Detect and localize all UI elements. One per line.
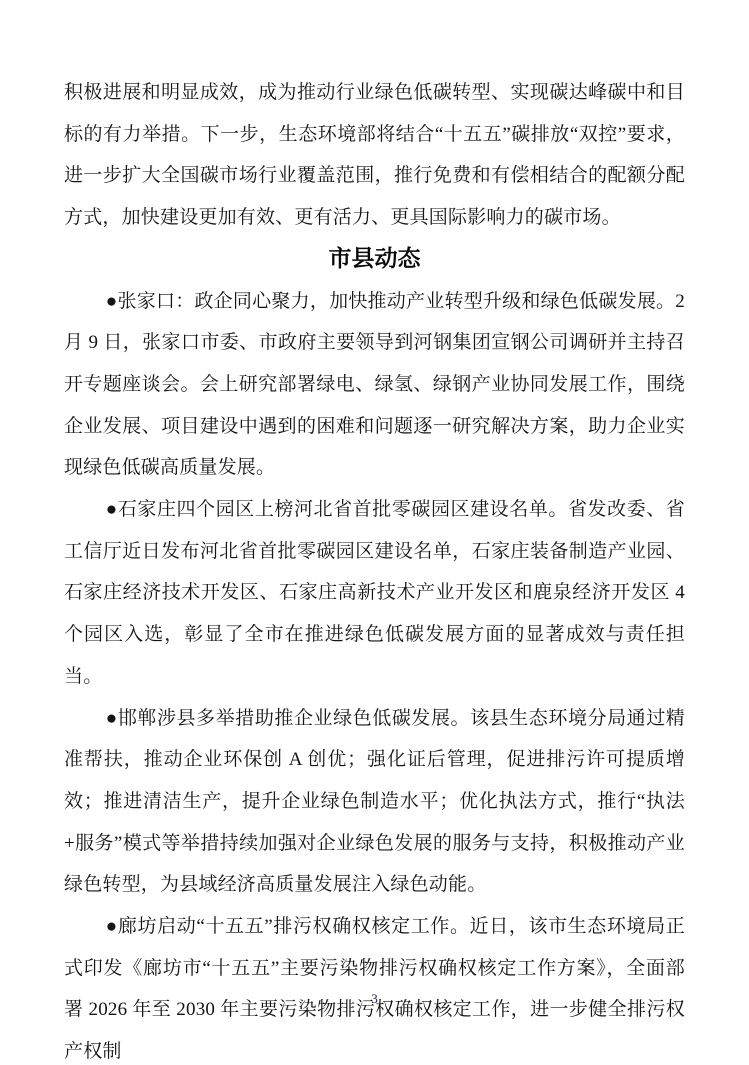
document-body: 积极进展和明显成效，成为推动行业绿色低碳转型、实现碳达峰碳中和目标的有力举措。下… xyxy=(64,72,685,1065)
bullet-paragraph-langfang: ●廊坊启动“十五五”排污权确权核定工作。近日，该市生态环境局正式印发《廊坊市“十… xyxy=(64,906,685,1065)
bullet-paragraph-handan-shexian: ●邯郸涉县多举措助推企业绿色低碳发展。该县生态环境分局通过精准帮扶，推动企业环保… xyxy=(64,698,685,907)
section-heading-city-county-news: 市县动态 xyxy=(64,239,685,281)
page-number: 3 xyxy=(0,990,749,1008)
bullet-paragraph-zhangjiakou: ●张家口：政企同心聚力，加快推动产业转型升级和绿色低碳发展。2 月 9 日，张家… xyxy=(64,281,685,490)
document-page: 积极进展和明显成效，成为推动行业绿色低碳转型、实现碳达峰碳中和目标的有力举措。下… xyxy=(0,0,749,1065)
bullet-paragraph-shijiazhuang: ●石家庄四个园区上榜河北省首批零碳园区建设名单。省发改委、省工信厅近日发布河北省… xyxy=(64,489,685,698)
paragraph-carbon-market-continued: 积极进展和明显成效，成为推动行业绿色低碳转型、实现碳达峰碳中和目标的有力举措。下… xyxy=(64,72,685,239)
